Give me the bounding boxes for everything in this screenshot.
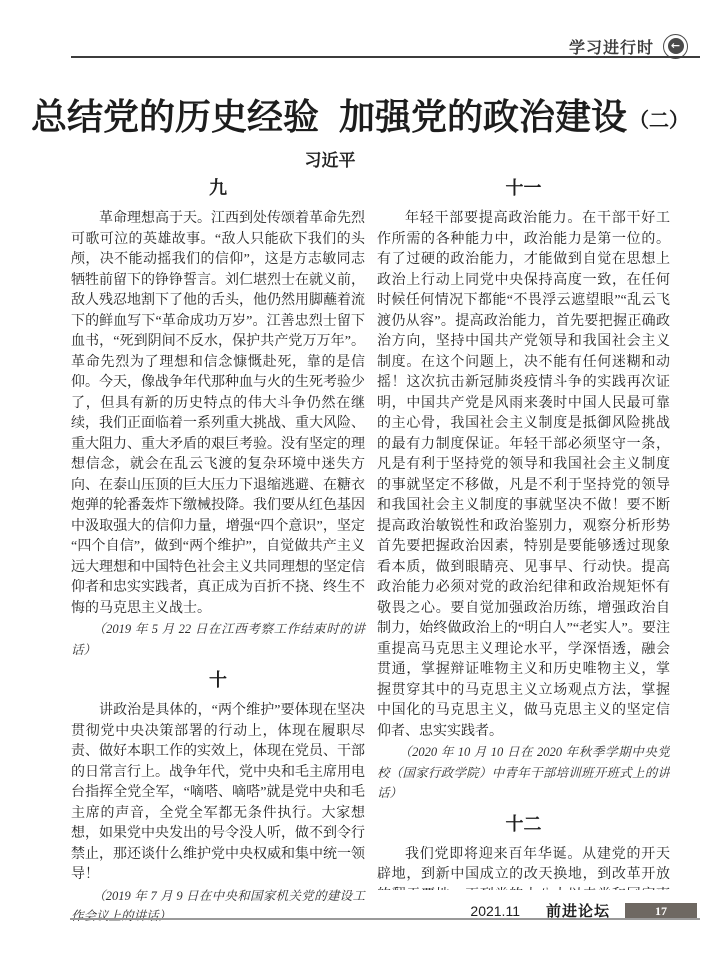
column-name-label: 学习进行时 — [569, 35, 654, 58]
section-ten-paragraph: 讲政治是具体的，“两个维护”要体现在坚决贯彻党中央决策部署的行动上，体现在履职尽… — [71, 701, 365, 886]
section-heading-nine: 九 — [71, 178, 365, 199]
article-title: 总结党的历史经验 加强党的政治建设 （二） — [0, 90, 720, 138]
author-name: 习近平 — [0, 146, 660, 168]
section-twelve-paragraph: 我们党即将迎来百年华诞。从建党的开天辟地，到新中国成立的改天换地，到改革开放的翻… — [377, 845, 670, 891]
article-title-second-phrase: 加强党的政治建设 — [339, 89, 627, 140]
footer-divider-rule — [70, 918, 700, 920]
right-text-column: 十一 年轻干部要提高政治能力。在干部干好工作所需的各种能力中，政治能力是第一位的… — [377, 178, 670, 890]
article-title-first-phrase: 总结党的历史经验 — [31, 89, 319, 140]
header-divider-rule — [71, 56, 700, 58]
left-arrow-glyph: ← — [668, 38, 684, 54]
section-heading-ten: 十 — [71, 670, 365, 691]
footer-issue-date: 2021.11 — [470, 903, 520, 919]
section-heading-eleven: 十一 — [377, 178, 670, 199]
back-arrow-circle-icon: ← — [663, 34, 688, 59]
section-nine-paragraph: 革命理想高于天。江西到处传颂着革命先烈可歌可泣的英雄故事。“敌人只能砍下我们的头… — [71, 209, 365, 619]
section-heading-twelve: 十二 — [377, 814, 670, 835]
section-eleven-paragraph: 年轻干部要提高政治能力。在干部干好工作所需的各种能力中，政治能力是第一位的。有了… — [377, 209, 670, 742]
footer-meta: 2021.11 前进论坛 — [0, 900, 610, 918]
footer-page-number-badge: 17 — [625, 903, 697, 919]
magazine-page: 学习进行时 ← 总结党的历史经验 加强党的政治建设 （二） 习近平 九 革命理想… — [0, 0, 720, 969]
section-nine-citation: （2019 年 5 月 22 日在江西考察工作结束时的讲话） — [71, 619, 365, 660]
left-text-column: 九 革命理想高于天。江西到处传颂着革命先烈可歌可泣的英雄故事。“敌人只能砍下我们… — [71, 178, 365, 927]
section-eleven-citation: （2020 年 10 月 10 日在 2020 年秋季学期中央党校（国家行政学院… — [377, 742, 670, 804]
article-title-part-number: （二） — [629, 96, 689, 133]
